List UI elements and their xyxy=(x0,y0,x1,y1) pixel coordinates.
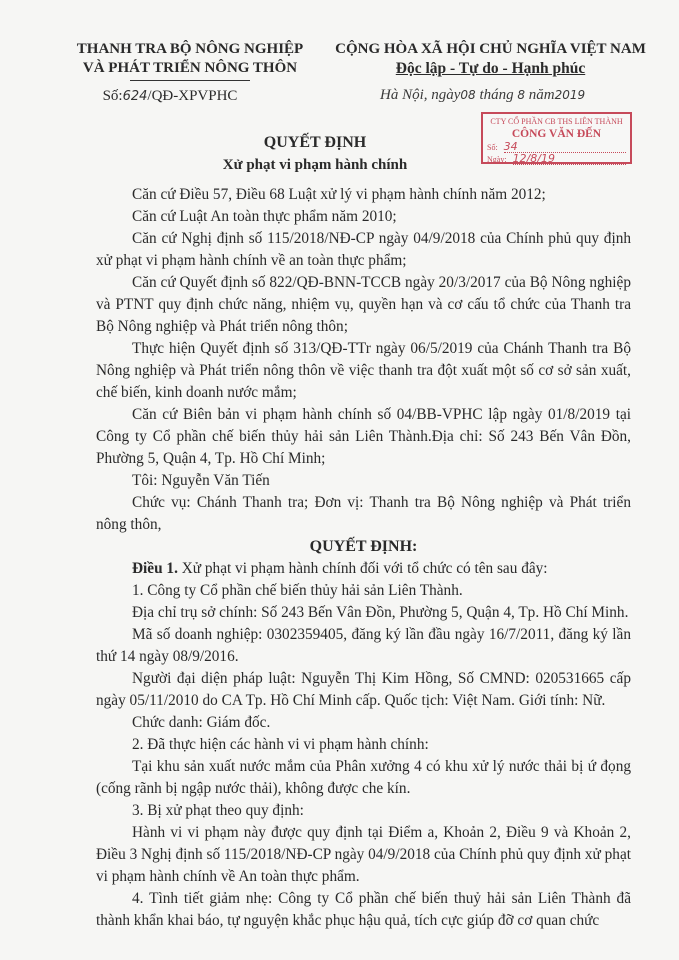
agency-line-2: VÀ PHÁT TRIỂN NÔNG THÔN xyxy=(60,59,320,78)
stamp-company: CTY CỔ PHẦN CB THS LIÊN THÀNH xyxy=(487,116,626,127)
stamp-so-label: Số: xyxy=(487,142,498,153)
paragraph: Chức danh: Giám đốc. xyxy=(96,712,631,734)
handwritten-number: 624 xyxy=(123,89,148,104)
paragraph: Căn cứ Nghị định số 115/2018/NĐ-CP ngày … xyxy=(96,228,631,272)
stamp-number-row: Số: 34 xyxy=(487,141,626,153)
paragraph: Tại khu sản xuất nước mắm của Phân xưởng… xyxy=(96,756,631,800)
paragraph: Căn cứ Quyết định số 822/QĐ-BNN-TCCB ngà… xyxy=(96,272,631,338)
date-prefix: Hà Nội, ngày xyxy=(380,87,460,103)
title-main: QUYẾT ĐỊNH xyxy=(180,132,450,154)
so-suffix: QĐ-XPVPHC xyxy=(152,88,238,104)
national-motto: Độc lập - Tự do - Hạnh phúc xyxy=(318,59,663,78)
national-header: CỘNG HÒA XÃ HỘI CHỦ NGHĨA VIỆT NAM Độc l… xyxy=(318,40,663,78)
issuing-agency: THANH TRA BỘ NÔNG NGHIỆP VÀ PHÁT TRIỂN N… xyxy=(60,40,320,81)
stamp-date-row: Ngày: 12/8/19 xyxy=(487,153,626,165)
date-month: 8 xyxy=(517,88,525,102)
document-date: Hà Nội, ngày08 tháng 8 năm2019 xyxy=(380,87,620,104)
document-body: Căn cứ Điều 57, Điều 68 Luật xử lý vi ph… xyxy=(96,184,631,932)
stamp-date-value: 12/8/19 xyxy=(513,153,626,165)
paragraph: Mã số doanh nghiệp: 0302359405, đăng ký … xyxy=(96,624,631,668)
paragraph: Địa chỉ trụ sở chính: Số 243 Bến Vân Đồn… xyxy=(96,602,631,624)
stamp-date-label: Ngày: xyxy=(487,154,507,165)
paragraph: Căn cứ Luật An toàn thực phẩm năm 2010; xyxy=(96,206,631,228)
paragraph: Căn cứ Biên bản vi phạm hành chính số 04… xyxy=(96,404,631,470)
month-label: tháng xyxy=(479,87,513,103)
received-stamp: CTY CỔ PHẦN CB THS LIÊN THÀNH CÔNG VĂN Đ… xyxy=(481,112,632,164)
paragraph: 3. Bị xử phạt theo quy định: xyxy=(96,800,631,822)
date-year: 2019 xyxy=(555,88,586,102)
so-prefix: Số: xyxy=(103,88,123,104)
article-1-label: Điều 1. xyxy=(132,560,178,577)
title-sub: Xử phạt vi phạm hành chính xyxy=(180,154,450,176)
decision-heading: QUYẾT ĐỊNH: xyxy=(96,536,631,558)
article-1: Điều 1. Xử phạt vi phạm hành chính đối v… xyxy=(96,558,631,580)
paragraph: Hành vi vi phạm này được quy định tại Đi… xyxy=(96,822,631,888)
agency-underline xyxy=(130,80,250,81)
paragraph: 4. Tình tiết giảm nhẹ: Công ty Cổ phần c… xyxy=(96,888,631,932)
document-page: THANH TRA BỘ NÔNG NGHIỆP VÀ PHÁT TRIỂN N… xyxy=(0,0,679,960)
article-1-text: Xử phạt vi phạm hành chính đối với tổ ch… xyxy=(178,560,548,577)
document-number: Số:624/QĐ-XPVPHC xyxy=(60,88,280,105)
date-day: 08 xyxy=(460,88,475,102)
paragraph: Tôi: Nguyễn Văn Tiến xyxy=(96,470,631,492)
paragraph: Thực hiện Quyết định số 313/QĐ-TTr ngày … xyxy=(96,338,631,404)
paragraph: 2. Đã thực hiện các hành vi vi phạm hành… xyxy=(96,734,631,756)
year-label: năm xyxy=(529,87,555,103)
paragraph: Căn cứ Điều 57, Điều 68 Luật xử lý vi ph… xyxy=(96,184,631,206)
paragraph: Người đại diện pháp luật: Nguyễn Thị Kim… xyxy=(96,668,631,712)
document-title: QUYẾT ĐỊNH Xử phạt vi phạm hành chính xyxy=(180,132,450,176)
paragraph: 1. Công ty Cổ phần chế biến thủy hải sản… xyxy=(96,580,631,602)
agency-line-1: THANH TRA BỘ NÔNG NGHIỆP xyxy=(60,40,320,59)
country-name: CỘNG HÒA XÃ HỘI CHỦ NGHĨA VIỆT NAM xyxy=(318,40,663,59)
stamp-label: CÔNG VĂN ĐẾN xyxy=(487,127,626,141)
paragraph: Chức vụ: Chánh Thanh tra; Đơn vị: Thanh … xyxy=(96,492,631,536)
